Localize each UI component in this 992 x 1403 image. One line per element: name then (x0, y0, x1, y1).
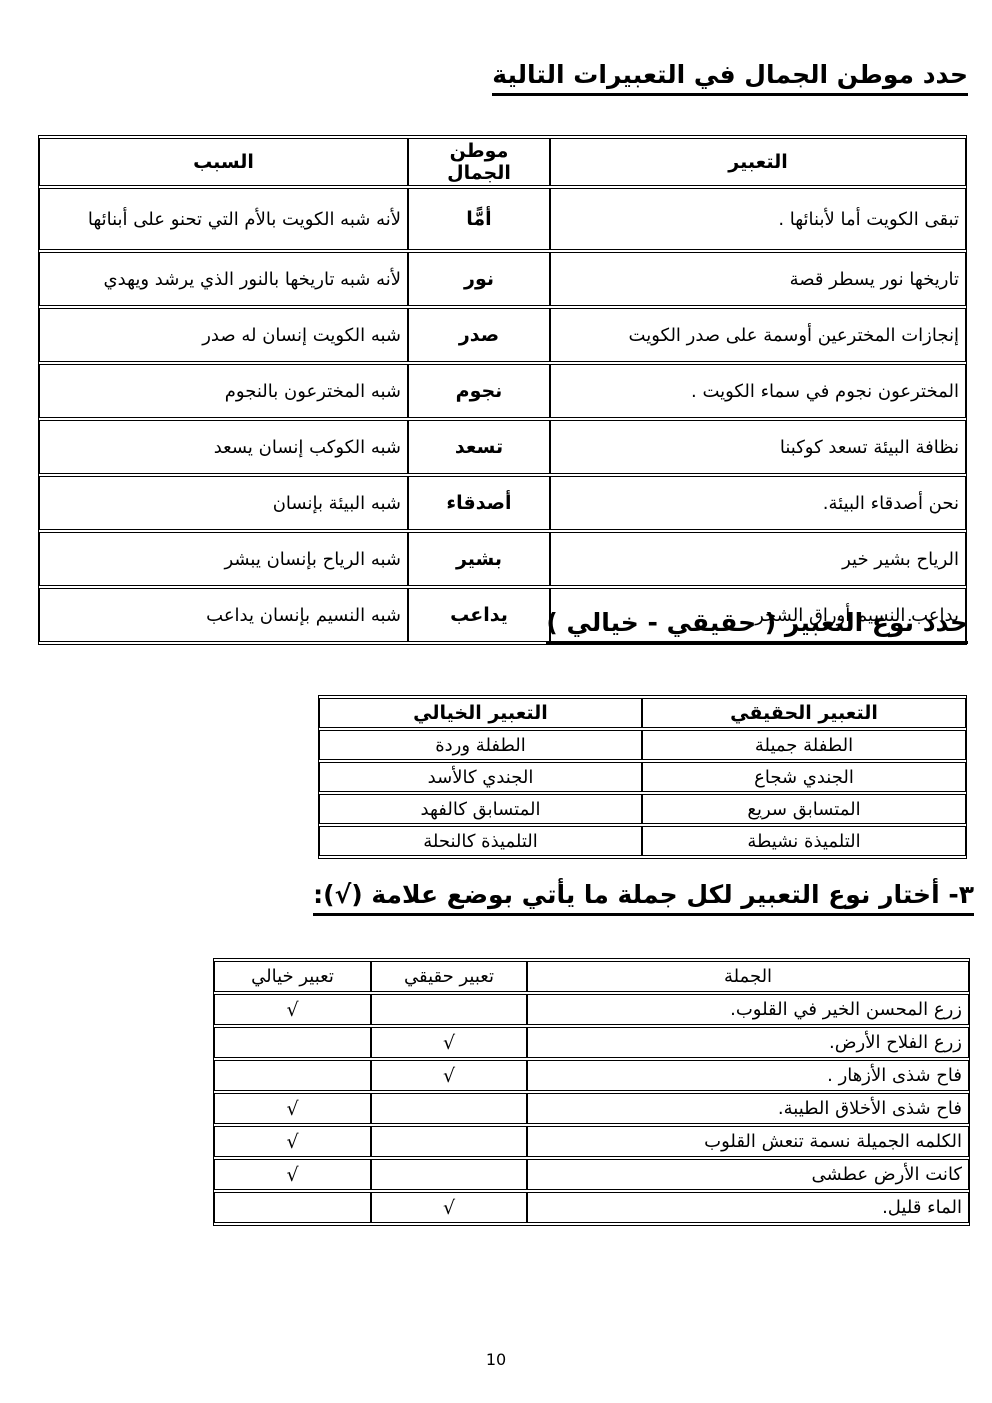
real-check-cell: √ (371, 1027, 527, 1058)
real-check-cell (371, 1159, 527, 1190)
sentence-cell: زرع المحسن الخير في القلوب. (527, 994, 969, 1025)
table-row: فاح شذى الأخلاق الطيبة. √ (214, 1093, 969, 1124)
real-expression-cell: الجندي شجاع (642, 762, 966, 792)
imaginary-check-cell (214, 1027, 371, 1058)
imaginary-check-cell: √ (214, 1159, 371, 1190)
beauty-word-cell: نجوم (408, 364, 550, 418)
section2-title-text: حدد نوع التعبير ( حقيقي - خيالي ) (546, 608, 968, 644)
table-row: الطفلة جميلة الطفلة وردة (319, 730, 966, 760)
real-check-cell (371, 1093, 527, 1124)
real-check-cell: √ (371, 1060, 527, 1091)
imaginary-check-cell (214, 1192, 371, 1223)
table-row: إنجازات المخترعين أوسمة على صدر الكويت ص… (39, 308, 966, 362)
reason-cell: شبه الرياح بإنسان يبشر (39, 532, 408, 586)
table-row: المخترعون نجوم في سماء الكويت . نجوم شبه… (39, 364, 966, 418)
table-row: الماء قليل. √ (214, 1192, 969, 1223)
table-row: فاح شذى الأزهار . √ (214, 1060, 969, 1091)
sentence-cell: فاح شذى الأخلاق الطيبة. (527, 1093, 969, 1124)
table-row: تبقى الكويت أما لأبنائها . أمًّا لأنه شب… (39, 188, 966, 250)
section1-title: حدد موطن الجمال في التعبيرات التالية (492, 60, 968, 96)
reason-cell: شبه النسيم بإنسان يداعب (39, 588, 408, 642)
table-header-row: التعبير الحقيقي التعبير الخيالي (319, 698, 966, 728)
table-row: نحن أصدقاء البيئة. أصدقاء شبه البيئة بإن… (39, 476, 966, 530)
table-row: الجندي شجاع الجندي كالأسد (319, 762, 966, 792)
section2-title: حدد نوع التعبير ( حقيقي - خيالي ) (546, 608, 968, 644)
beauty-column-header: موطن الجمال (408, 138, 550, 186)
imaginary-expression-column-header: التعبير الخيالي (319, 698, 642, 728)
expression-cell: الرياح بشير خير (550, 532, 966, 586)
imaginary-check-cell (214, 1060, 371, 1091)
beauty-word-cell: بشير (408, 532, 550, 586)
section3-title-text: ٣- أختار نوع التعبير لكل جملة ما يأتي بو… (313, 880, 974, 916)
sentence-cell: زرع الفلاح الأرض. (527, 1027, 969, 1058)
expression-type-table: التعبير الحقيقي التعبير الخيالي الطفلة ج… (318, 695, 967, 859)
table-row: الكلمه الجميلة نسمة تنعش القلوب √ (214, 1126, 969, 1157)
expression-column-header: التعبير (550, 138, 966, 186)
imaginary-check-cell: √ (214, 994, 371, 1025)
sentence-column-header: الجملة (527, 961, 969, 992)
beauty-spot-table: التعبير موطن الجمال السبب تبقى الكويت أم… (38, 135, 967, 645)
imaginary-expression-cell: الجندي كالأسد (319, 762, 642, 792)
beauty-word-cell: أصدقاء (408, 476, 550, 530)
reason-cell: شبه المخترعون بالنجوم (39, 364, 408, 418)
imaginary-expression-cell: التلميذة كالنحلة (319, 826, 642, 856)
table-row: المتسابق سريع المتسابق كالفهد (319, 794, 966, 824)
imaginary-expression-cell: المتسابق كالفهد (319, 794, 642, 824)
table-row: التلميذة نشيطة التلميذة كالنحلة (319, 826, 966, 856)
beauty-word-cell: أمًّا (408, 188, 550, 250)
sentence-cell: كانت الأرض عطشى (527, 1159, 969, 1190)
table-row: الرياح بشير خير بشير شبه الرياح بإنسان ي… (39, 532, 966, 586)
table-row: زرع المحسن الخير في القلوب. √ (214, 994, 969, 1025)
section3-title: ٣- أختار نوع التعبير لكل جملة ما يأتي بو… (313, 880, 974, 916)
expression-cell: نحن أصدقاء البيئة. (550, 476, 966, 530)
sentence-cell: الكلمه الجميلة نسمة تنعش القلوب (527, 1126, 969, 1157)
table-row: تاريخها نور يسطر قصة نور لأنه شبه تاريخه… (39, 252, 966, 306)
reason-cell: لأنه شبه تاريخها بالنور الذي يرشد ويهدي (39, 252, 408, 306)
reason-column-header: السبب (39, 138, 408, 186)
beauty-word-cell: تسعد (408, 420, 550, 474)
page-number: 10 (0, 1350, 992, 1369)
reason-cell: شبه الكويت إنسان له صدر (39, 308, 408, 362)
real-expression-cell: التلميذة نشيطة (642, 826, 966, 856)
expression-cell: نظافة البيئة تسعد كوكبنا (550, 420, 966, 474)
table-row: نظافة البيئة تسعد كوكبنا تسعد شبه الكوكب… (39, 420, 966, 474)
real-check-cell: √ (371, 1192, 527, 1223)
table-row: زرع الفلاح الأرض. √ (214, 1027, 969, 1058)
real-check-cell (371, 1126, 527, 1157)
imaginary-expression-cell: الطفلة وردة (319, 730, 642, 760)
real-check-cell (371, 994, 527, 1025)
expression-cell: تاريخها نور يسطر قصة (550, 252, 966, 306)
beauty-word-cell: نور (408, 252, 550, 306)
expression-cell: تبقى الكويت أما لأبنائها . (550, 188, 966, 250)
table-header-row: الجملة تعبير حقيقي تعبير خيالي (214, 961, 969, 992)
section1-title-text: حدد موطن الجمال في التعبيرات التالية (492, 60, 968, 96)
reason-cell: لأنه شبه الكويت بالأم التي تحنو على أبنا… (39, 188, 408, 250)
reason-cell: شبه البيئة بإنسان (39, 476, 408, 530)
worksheet-page: حدد موطن الجمال في التعبيرات التالية الت… (0, 0, 992, 1403)
beauty-word-cell: صدر (408, 308, 550, 362)
imaginary-column-header: تعبير خيالي (214, 961, 371, 992)
real-expression-column-header: التعبير الحقيقي (642, 698, 966, 728)
real-expression-cell: المتسابق سريع (642, 794, 966, 824)
reason-cell: شبه الكوكب إنسان يسعد (39, 420, 408, 474)
imaginary-check-cell: √ (214, 1126, 371, 1157)
table-row: كانت الأرض عطشى √ (214, 1159, 969, 1190)
expression-cell: المخترعون نجوم في سماء الكويت . (550, 364, 966, 418)
real-column-header: تعبير حقيقي (371, 961, 527, 992)
sentence-cell: فاح شذى الأزهار . (527, 1060, 969, 1091)
imaginary-check-cell: √ (214, 1093, 371, 1124)
table-header-row: التعبير موطن الجمال السبب (39, 138, 966, 186)
checkmark-table: الجملة تعبير حقيقي تعبير خيالي زرع المحس… (213, 958, 970, 1226)
sentence-cell: الماء قليل. (527, 1192, 969, 1223)
expression-cell: إنجازات المخترعين أوسمة على صدر الكويت (550, 308, 966, 362)
real-expression-cell: الطفلة جميلة (642, 730, 966, 760)
beauty-word-cell: يداعب (408, 588, 550, 642)
